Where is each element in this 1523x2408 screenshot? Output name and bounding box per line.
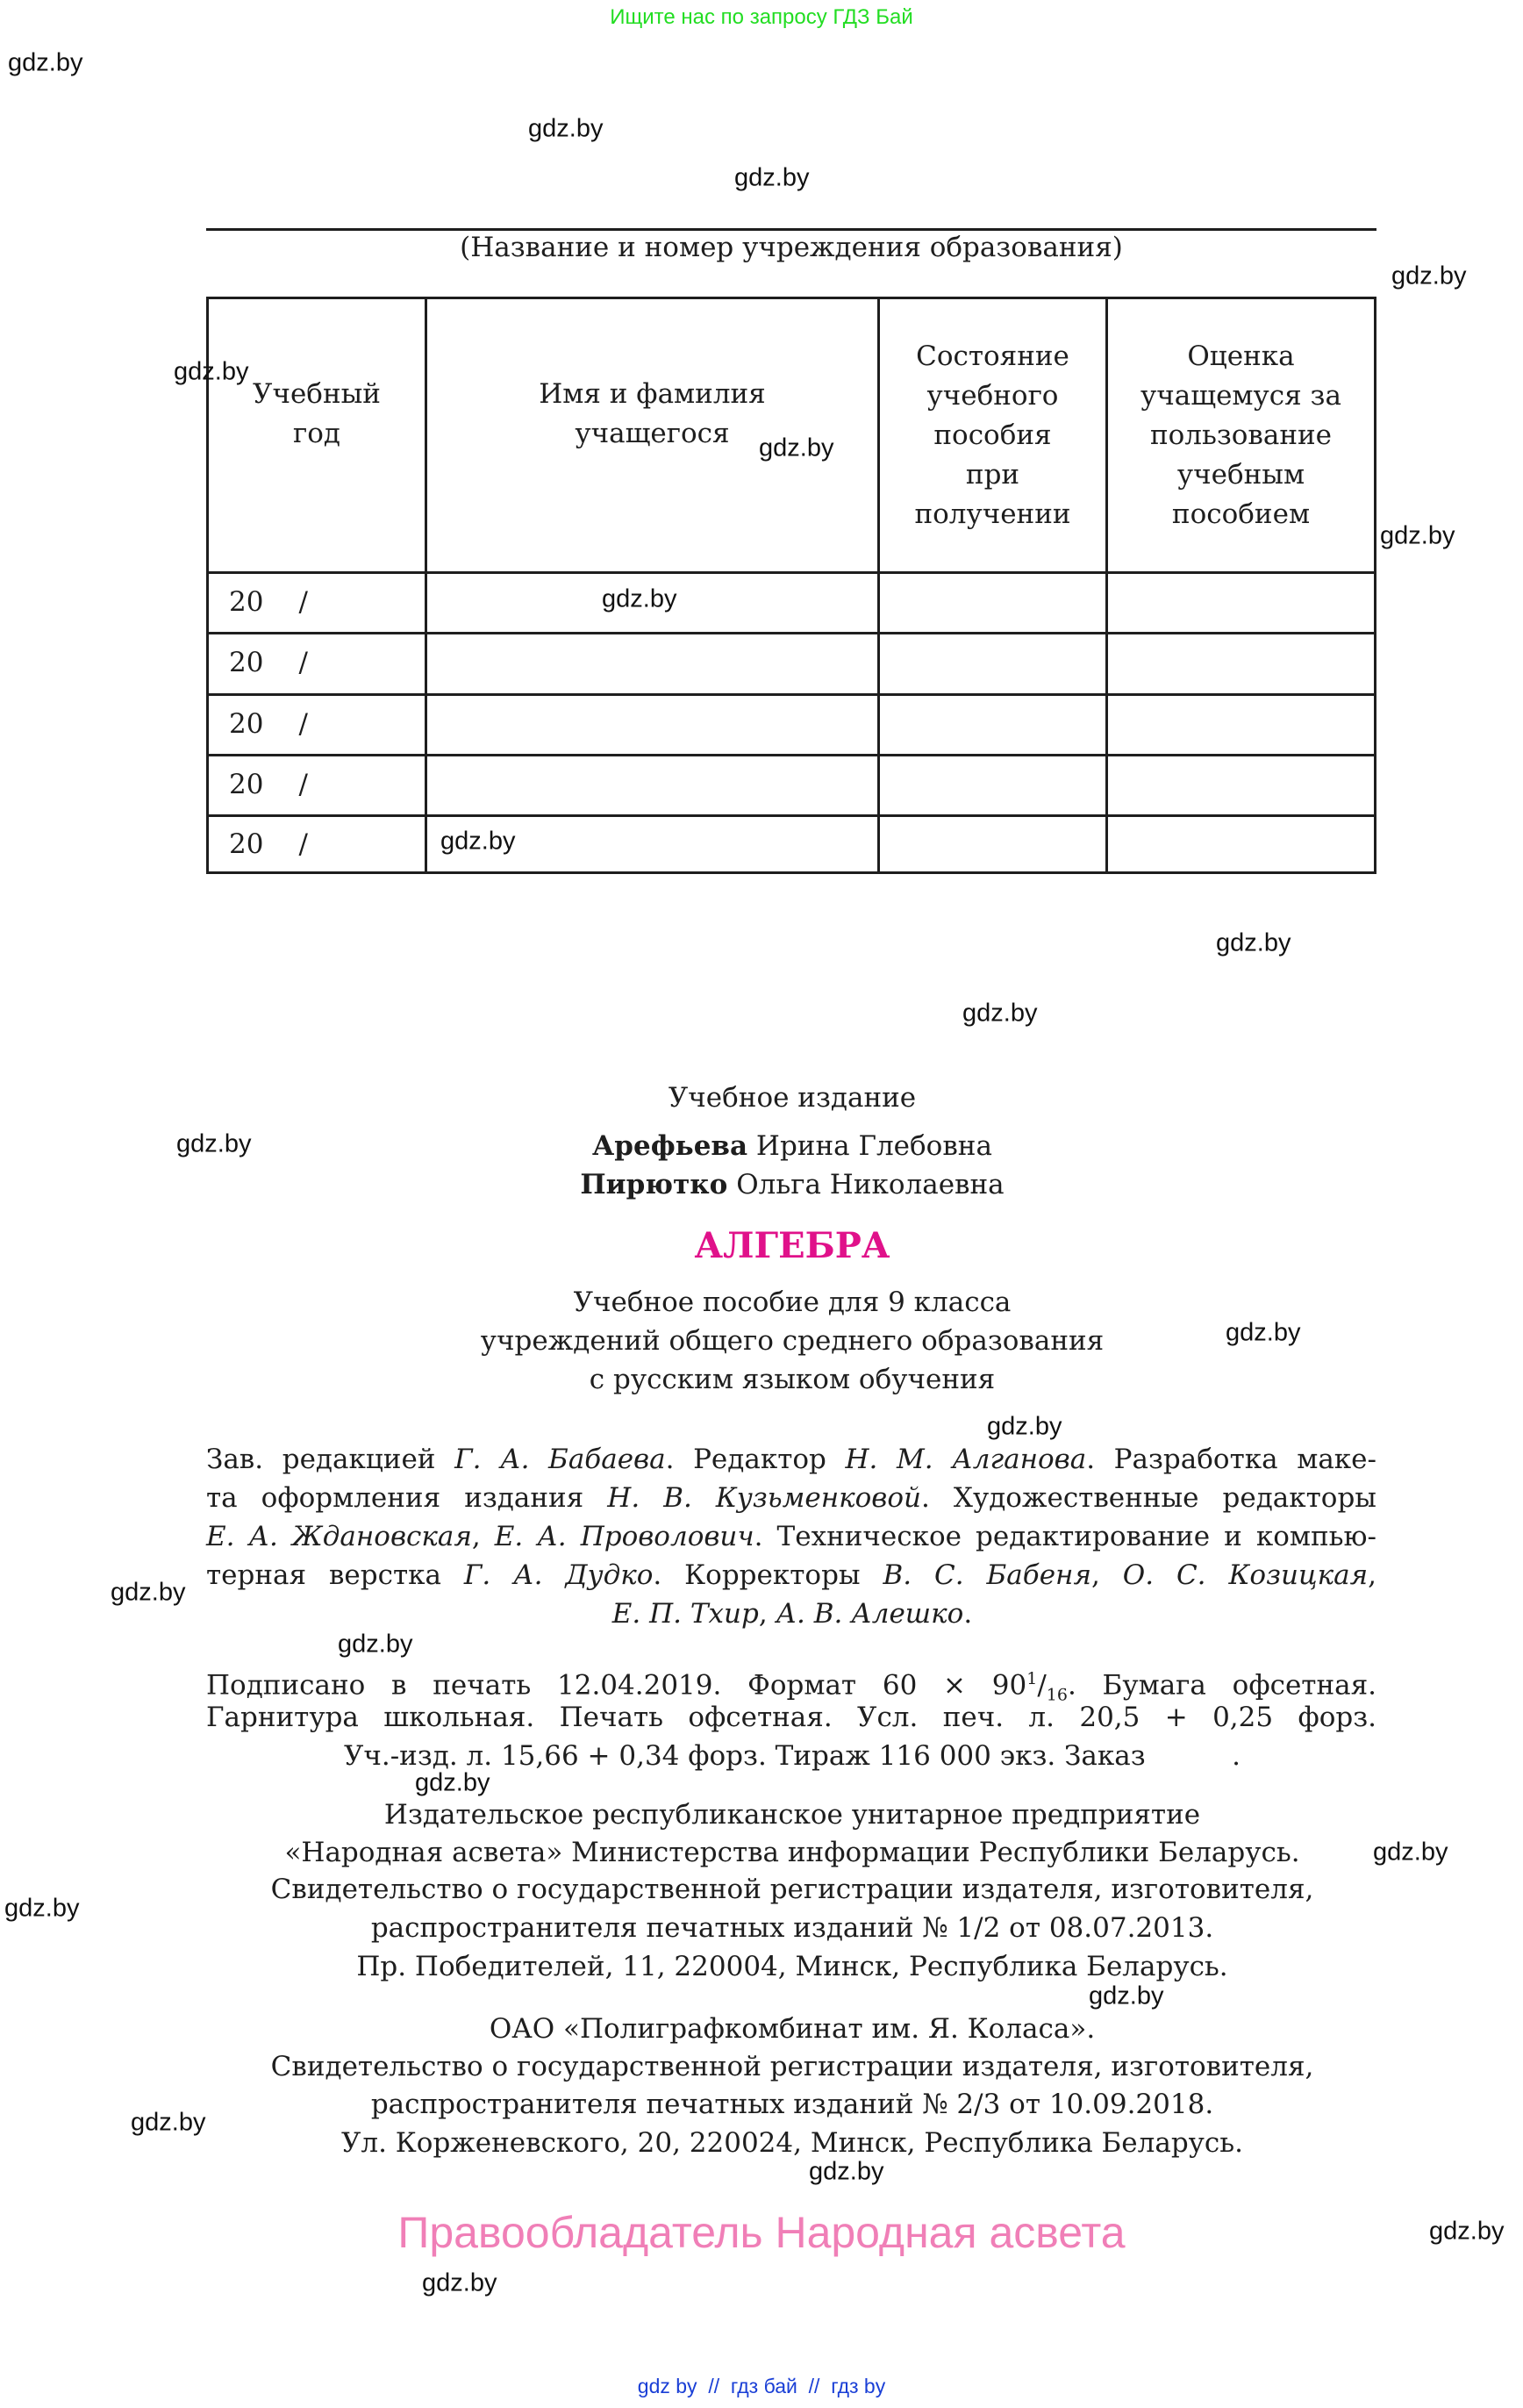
- credit-text: . Художественные редакторы: [921, 1482, 1376, 1514]
- header-line: пособия: [933, 416, 1051, 455]
- author-1: Арефьева Ирина Глебовна: [592, 1130, 992, 1162]
- header-line: учебного: [927, 376, 1059, 416]
- author-given-names: Ольга Николаевна: [736, 1169, 1004, 1200]
- credit-person-name: Е. П. Тхир: [612, 1598, 759, 1630]
- institution-caption: (Название и номер учреждения образования…: [460, 232, 1123, 263]
- imprint-text: . Бумага офсетная.: [1068, 1669, 1376, 1701]
- watermark: gdz.by: [1226, 1321, 1300, 1346]
- table-border-bottom: [206, 871, 1376, 874]
- watermark: gdz.by: [440, 829, 515, 855]
- header-book-condition: Состояние учебного пособия при получении: [880, 337, 1105, 534]
- year-prefix: 20: [229, 828, 263, 860]
- table-row-year: 20/: [229, 586, 308, 618]
- header-line: Имя и фамилия: [539, 375, 766, 414]
- credit-person-name: Н. М. Алганова: [846, 1444, 1087, 1475]
- credit-text: Зав. редакцией: [206, 1444, 454, 1475]
- credit-text: . Корректоры: [653, 1559, 883, 1591]
- textbook-usage-table: Учебный год Имя и фамилия учащегося Сост…: [206, 297, 1376, 874]
- publisher-line: «Народная асвета» Министерства информаци…: [284, 1833, 1299, 1872]
- header-line: Состояние: [916, 337, 1069, 376]
- table-border-top: [206, 297, 1376, 299]
- watermark: gdz.by: [8, 51, 82, 76]
- header-line: при: [966, 455, 1019, 495]
- watermark: gdz.by: [1380, 524, 1455, 549]
- watermark: gdz.by: [174, 360, 248, 385]
- credit-text: та оформления издания: [206, 1482, 607, 1514]
- watermark: gdz.by: [1391, 264, 1466, 290]
- watermark: gdz.by: [4, 1896, 79, 1922]
- credits-line: Зав. редакцией Г. А. Бабаева. Редактор Н…: [206, 1440, 1376, 1479]
- credit-text: терная верстка: [206, 1559, 464, 1591]
- header-line: пособием: [1172, 495, 1310, 534]
- table-border-right: [1374, 297, 1376, 874]
- watermark: gdz.by: [1373, 1840, 1448, 1866]
- year-slash: /: [298, 828, 307, 860]
- publisher-line: Пр. Победителей, 11, 220004, Минск, Респ…: [356, 1947, 1227, 1986]
- year-slash: /: [298, 647, 307, 678]
- credit-text: . Редактор: [666, 1444, 846, 1475]
- header-usage-grade: Оценка учащемуся за пользование учебным …: [1108, 337, 1374, 534]
- author-given-names: Ирина Глебовна: [756, 1130, 992, 1162]
- year-slash: /: [298, 708, 307, 740]
- watermark: gdz.by: [111, 1580, 185, 1606]
- watermark: gdz.by: [415, 1771, 490, 1796]
- institution-name-line: [206, 228, 1376, 231]
- header-line: получении: [914, 495, 1070, 534]
- credit-person-name: В. С. Бабеня: [883, 1559, 1092, 1591]
- publisher-line: Издательское республиканское унитарное п…: [384, 1795, 1200, 1834]
- format-slash: /: [1037, 1669, 1046, 1701]
- watermark: gdz.by: [962, 1001, 1037, 1027]
- table-row-divider: [206, 754, 1376, 756]
- credits-line: Е. П. Тхир, А. В. Алешко.: [612, 1595, 972, 1633]
- credit-person-name: О. С. Козицкая: [1123, 1559, 1368, 1591]
- printer-line: распространителя печатных изданий № 2/3 …: [371, 2085, 1213, 2124]
- imprint-line: Гарнитура школьная. Печать офсетная. Усл…: [206, 1698, 1376, 1737]
- credits-line: та оформления издания Н. В. Кузьменковой…: [206, 1479, 1376, 1517]
- author-surname: Арефьева: [592, 1130, 747, 1162]
- credits-line: терная верстка Г. А. Дудко. Корректоры В…: [206, 1556, 1376, 1595]
- printer-line: Свидетельство о государственной регистра…: [271, 2047, 1314, 2086]
- watermark: gdz.by: [734, 166, 809, 191]
- credit-person-name: Е. А. Ждановская: [206, 1521, 472, 1552]
- table-row-divider: [206, 632, 1376, 634]
- printer-line: ОАО «Полиграфкомбинат им. Я. Коласа».: [490, 2010, 1095, 2048]
- year-prefix: 20: [229, 647, 263, 678]
- table-row-divider: [206, 814, 1376, 817]
- credit-person-name: Е. А. Проволович: [495, 1521, 754, 1552]
- year-prefix: 20: [229, 769, 263, 800]
- credit-text: . Разработка маке-: [1086, 1444, 1376, 1475]
- header-line: учащемуся за: [1140, 376, 1341, 416]
- watermark: gdz.by: [338, 1632, 412, 1658]
- rights-holder-notice: Правообладатель Народная асвета: [397, 2207, 1125, 2258]
- table-row-year: 20/: [229, 828, 308, 860]
- publisher-line: Свидетельство о государственной регистра…: [271, 1870, 1314, 1909]
- watermark: gdz.by: [1216, 931, 1291, 957]
- year-prefix: 20: [229, 586, 263, 618]
- watermark: gdz.by: [131, 2111, 205, 2136]
- header-line: пользование: [1150, 416, 1332, 455]
- credits-line: Е. А. Ждановская, Е. А. Проволович. Техн…: [206, 1517, 1376, 1556]
- table-row-divider: [206, 693, 1376, 696]
- book-title: АЛГЕБРА: [695, 1225, 890, 1266]
- credit-text: ,: [472, 1521, 495, 1552]
- header-line: учащегося: [575, 414, 729, 454]
- watermark: gdz.by: [528, 117, 603, 142]
- watermark: gdz.by: [422, 2271, 497, 2297]
- edition-type: Учебное издание: [669, 1082, 916, 1114]
- subtitle-line: учреждений общего среднего образования: [481, 1325, 1104, 1357]
- subtitle-line: с русским языком обучения: [590, 1364, 995, 1395]
- year-slash: /: [298, 586, 307, 618]
- watermark: gdz.by: [176, 1132, 251, 1157]
- credit-text: . Техническое редактирование и компью-: [754, 1521, 1376, 1552]
- credit-person-name: Г. А. Дудко: [464, 1559, 654, 1591]
- table-row-year: 20/: [229, 769, 308, 800]
- credit-text: ,: [1091, 1559, 1123, 1591]
- publisher-line: распространителя печатных изданий № 1/2 …: [371, 1909, 1213, 1947]
- table-row-year: 20/: [229, 708, 308, 740]
- year-slash: /: [298, 769, 307, 800]
- header-line: год: [293, 414, 340, 454]
- watermark: gdz.by: [809, 2160, 883, 2185]
- imprint-text: Подписано в печать 12.04.2019. Формат 60…: [206, 1669, 1026, 1701]
- subtitle-line: Учебное пособие для 9 класса: [574, 1286, 1012, 1318]
- credit-text: ,: [759, 1598, 776, 1630]
- credit-person-name: Г. А. Бабаева: [454, 1444, 666, 1475]
- header-line: Оценка: [1187, 337, 1294, 376]
- credit-text: .: [963, 1598, 972, 1630]
- printer-line: Ул. Корженевского, 20, 220024, Минск, Ре…: [341, 2124, 1243, 2162]
- table-row-year: 20/: [229, 647, 308, 678]
- header-line: Учебный: [253, 375, 381, 414]
- credit-person-name: А. В. Алешко: [776, 1598, 964, 1630]
- table-header-divider: [206, 571, 1376, 574]
- watermark: gdz.by: [987, 1415, 1062, 1440]
- credit-text: ,: [1368, 1559, 1376, 1591]
- header-line: учебным: [1177, 455, 1305, 495]
- author-2: Пирютко Ольга Николаевна: [580, 1169, 1004, 1200]
- search-hint-banner: Ищите нас по запросу ГДЗ Бай: [610, 5, 912, 30]
- format-numerator: 1: [1026, 1669, 1037, 1688]
- watermark: gdz.by: [759, 436, 833, 462]
- footer-links[interactable]: gdz by // гдз бай // гдз by: [638, 2375, 885, 2398]
- watermark: gdz.by: [602, 587, 676, 613]
- watermark: gdz.by: [1089, 1984, 1163, 2010]
- credit-person-name: Н. В. Кузьменковой: [607, 1482, 921, 1514]
- year-prefix: 20: [229, 708, 263, 740]
- watermark: gdz.by: [1429, 2219, 1504, 2245]
- author-surname: Пирютко: [580, 1169, 727, 1200]
